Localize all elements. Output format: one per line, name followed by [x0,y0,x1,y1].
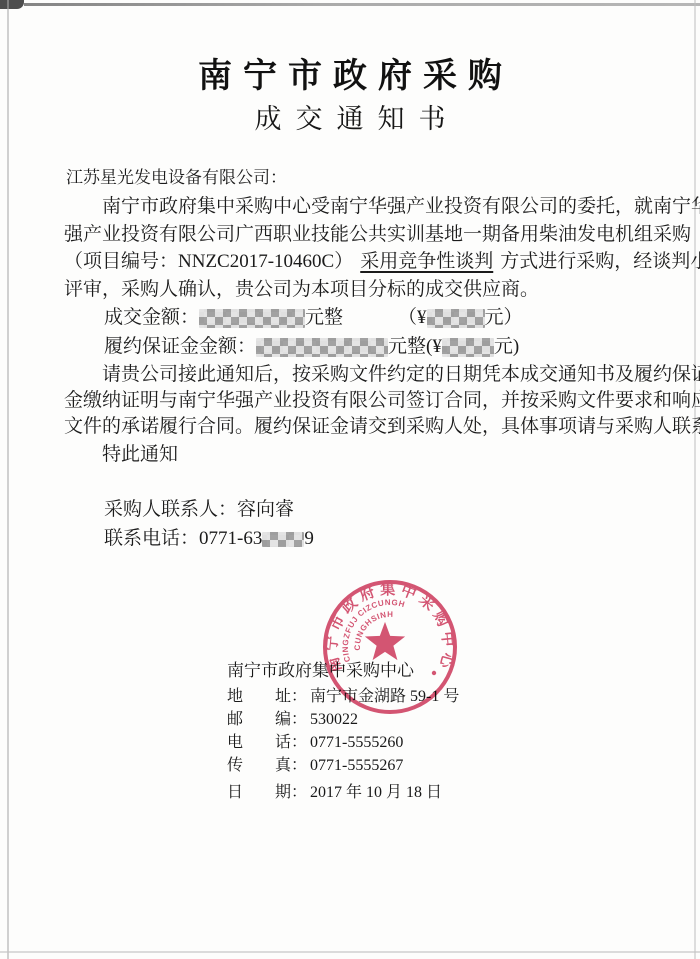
phone-row-label: 电话： [227,733,307,752]
address-label: 地址： [227,687,307,706]
deposit-mid: 元整(¥ [388,336,442,358]
label-char: 址： [275,687,307,706]
label-char: 地 [227,687,243,706]
label-char: 电 [227,733,243,752]
contact-phone-line: 联系电话：0771-639 [104,528,314,550]
document-title: 南宁市政府采购 [0,48,700,97]
label-char: 真： [275,756,307,775]
label-char: 期： [275,783,307,802]
redacted-deposit-figures [442,338,494,357]
document-subtitle: 成交通知书 [0,97,700,136]
label-char: 日 [227,783,243,802]
redacted-deposit-words [256,338,388,357]
addressee-line: 江苏星光发电设备有限公司： [66,167,287,189]
award-amount-paren-close: 元） [485,307,523,329]
deposit-close: 元) [494,336,519,358]
award-amount-line: 成交金额：元整（¥元） [104,307,523,329]
label-char: 传 [227,756,243,775]
svg-text:南宁市政府集中采购中心: 南宁市政府集中采购中心 [322,580,457,675]
scan-bottom-edge [0,951,700,953]
seal-graphic: 南宁市政府集中采购中心 CINGZFUJ CIZCUNGH CUNGHSINH [305,562,475,732]
scanned-document-page: 南宁市政府采购 成交通知书 江苏星光发电设备有限公司： 南宁市政府集中采购中心受… [0,0,700,959]
fax-label: 传真： [227,756,307,775]
paragraph1-line2: 强产业投资有限公司广西职业技能公共实训基地一期备用柴油发电机组采购 [64,224,691,246]
seal-star-icon [365,622,405,660]
contact-person-label: 采购人联系人： [104,499,237,520]
label-char: 邮 [227,710,243,729]
paragraph1-line1: 南宁市政府集中采购中心受南宁华强产业投资有限公司的委托，就南宁华 [102,196,700,218]
award-amount-paren-open: （¥ [398,307,427,329]
seal-arc-chinese-text: 南宁市政府集中采购中心 [322,580,457,675]
footer-row-fax: 传真： 0771-5555267 [227,756,403,775]
footer-row-phone: 电话： 0771-5555260 [227,733,403,752]
contact-person-name: 容向睿 [237,499,294,520]
date-label: 日期： [227,783,307,802]
phone-prefix: 0771-63 [199,528,262,550]
official-seal-stamp: 南宁市政府集中采购中心 CINGZFUJ CIZCUNGH CUNGHSINH [305,562,475,732]
label-char: 话： [275,733,307,752]
redacted-amount-words [199,309,305,328]
project-number-text: （项目编号：NNZC2017-10460C） [64,251,353,272]
deposit-amount-line: 履约保证金金额：元整(¥元) [104,336,519,358]
scan-right-edge [694,0,696,959]
purchaser-contact-line: 采购人联系人：容向睿 [104,499,294,521]
scan-left-edge [7,0,9,959]
redacted-amount-figures [427,309,485,328]
phone-row-value: 0771-5555260 [310,733,403,752]
date-value: 2017 年 10 月 18 日 [310,783,442,802]
scan-top-edge [24,3,700,6]
paragraph1-line3: （项目编号：NNZC2017-10460C）采用竞争性谈判方式进行采购，经谈判小… [64,251,700,273]
phone-label: 联系电话： [104,528,199,550]
seal-dot [432,671,436,675]
deposit-label: 履约保证金金额： [104,336,256,358]
scan-corner-artifact [0,0,24,9]
paragraph2-line2: 金缴纳证明与南宁华强产业投资有限公司签订合同，并按采购文件要求和响应 [64,390,700,412]
postcode-label: 邮编： [227,710,307,729]
paragraph2-line3: 文件的承诺履行合同。履约保证金请交到采购人处，具体事项请与采购人联系。 [64,416,700,438]
phone-suffix: 9 [304,528,314,550]
label-char: 编： [275,710,307,729]
award-amount-label: 成交金额： [104,307,199,329]
paragraph2-line1: 请贵公司接此通知后，按采购文件约定的日期凭本成交通知书及履约保证 [102,364,700,386]
paragraph1-line4: 评审，采购人确认，贵公司为本项目分标的成交供应商。 [64,279,539,301]
footer-row-date: 日期： 2017 年 10 月 18 日 [227,783,442,802]
redacted-phone-digits [262,532,304,547]
fax-value: 0771-5555267 [310,756,403,775]
paragraph1-line3-rest: 方式进行采购，经谈判小组 [500,251,700,272]
procurement-method-underlined: 采用竞争性谈判 [360,251,493,272]
notice-line: 特此通知 [102,444,178,466]
award-amount-suffix: 元整 [305,307,343,329]
